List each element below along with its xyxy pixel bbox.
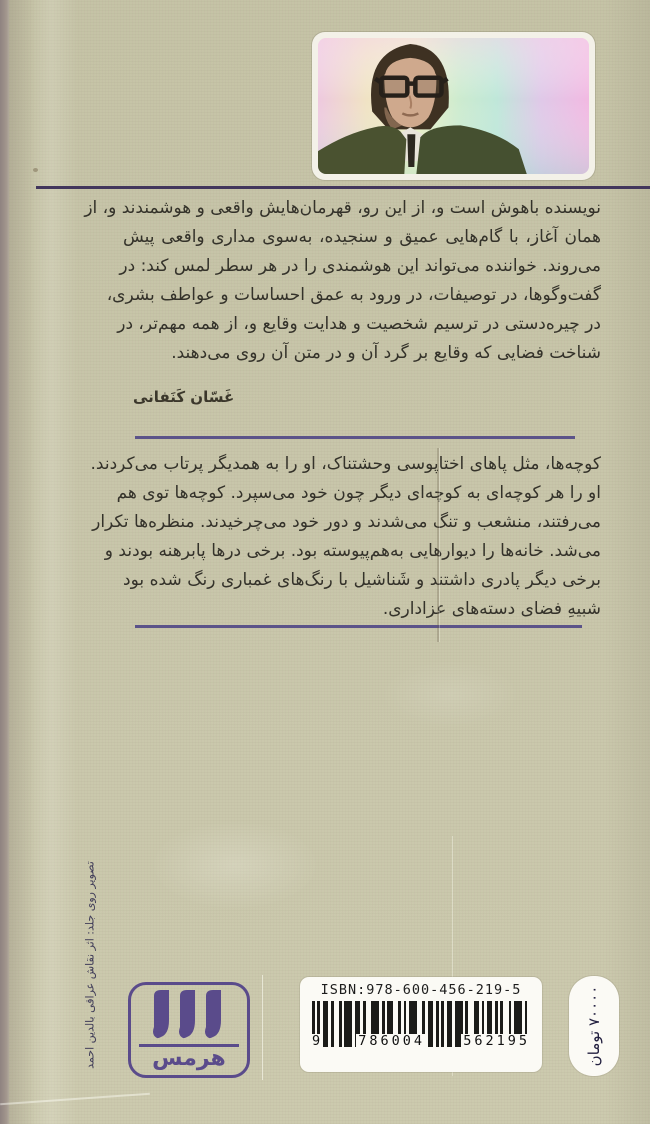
text-line: در چیره‌دستی در ترسیم شخصیت و هدایت وقای… xyxy=(123,310,601,339)
barcode-digit-group: 786004 xyxy=(356,1034,427,1049)
text-line: می‌روند. خواننده می‌تواند این هوشمندی را… xyxy=(123,252,601,281)
price-tag: ۷۰۰۰۰ تومان xyxy=(569,976,619,1076)
excerpt-divider-rule xyxy=(135,625,582,628)
price-text: ۷۰۰۰۰ تومان xyxy=(585,971,603,1081)
page-left-edge xyxy=(0,0,9,1124)
cover-credit: تصویر روی جلد: اثر نقاش عراقی بالدین احم… xyxy=(78,844,102,1086)
barcode-digit-group: 562195 xyxy=(461,1034,532,1049)
cover-credit-text: تصویر روی جلد: اثر نقاش عراقی بالدین احم… xyxy=(84,844,97,1086)
text-line: کوچه‌ها، مثل پاهای اختاپوسی وحشتناک، او … xyxy=(123,450,601,479)
text-line: نویسنده باهوش است و، از این رو، قهرمان‌ه… xyxy=(123,194,601,223)
text-line: برخی دیگر پادری داشتند و شَناشیل با رنگ‌… xyxy=(123,566,601,595)
author-name: غَسّان کَنَفانی xyxy=(133,388,234,406)
author-divider-rule xyxy=(135,436,575,439)
hermes-logo-icon xyxy=(150,990,228,1040)
text-line: می‌شد. خانه‌ها را دیوارهایی به‌هم‌پیوسته… xyxy=(123,537,601,566)
barcode-label: ISBN:978-600-456-219-5 9 786004 562195 xyxy=(300,977,542,1072)
author-portrait-illustration xyxy=(318,38,589,174)
paper-stain xyxy=(380,660,520,730)
text-line: همان آغاز، با گام‌هایی عمیق و سنجیده، به… xyxy=(123,223,601,252)
author-photo-frame xyxy=(312,32,595,180)
text-line: می‌رفتند، منشعب و تنگ می‌شدند و دور خود … xyxy=(123,508,601,537)
isbn-text: ISBN:978-600-456-219-5 xyxy=(308,981,534,999)
review-paragraph: نویسنده باهوش است و، از این رو، قهرمان‌ه… xyxy=(123,194,601,368)
paper-stain xyxy=(150,820,320,910)
barcode-digit-lead: 9 xyxy=(310,1034,322,1049)
publisher-logo: هرمس xyxy=(128,982,250,1078)
excerpt-paragraph: کوچه‌ها، مثل پاهای اختاپوسی وحشتناک، او … xyxy=(123,450,601,624)
paper-crease xyxy=(262,975,263,1080)
barcode-digits: 9 786004 562195 xyxy=(310,1034,532,1049)
paper-speck xyxy=(33,168,38,172)
text-line: او را هر کوچه‌ای به کوچه‌ای دیگر چون خود… xyxy=(123,479,601,508)
book-back-cover: نویسنده باهوش است و، از این رو، قهرمان‌ه… xyxy=(0,0,650,1124)
top-divider-rule xyxy=(36,186,650,189)
text-line: گفت‌وگوها، در توصیفات، در ورود به عمق اح… xyxy=(123,281,601,310)
paper-crease xyxy=(437,448,439,642)
text-line: شناخت فضایی که وقایع بر گرد آن و در متن … xyxy=(123,339,601,368)
author-portrait-photo xyxy=(318,38,589,174)
publisher-name: هرمس xyxy=(152,1047,226,1071)
text-line: شبیهِ فضای دسته‌های عزاداری. xyxy=(123,595,601,624)
